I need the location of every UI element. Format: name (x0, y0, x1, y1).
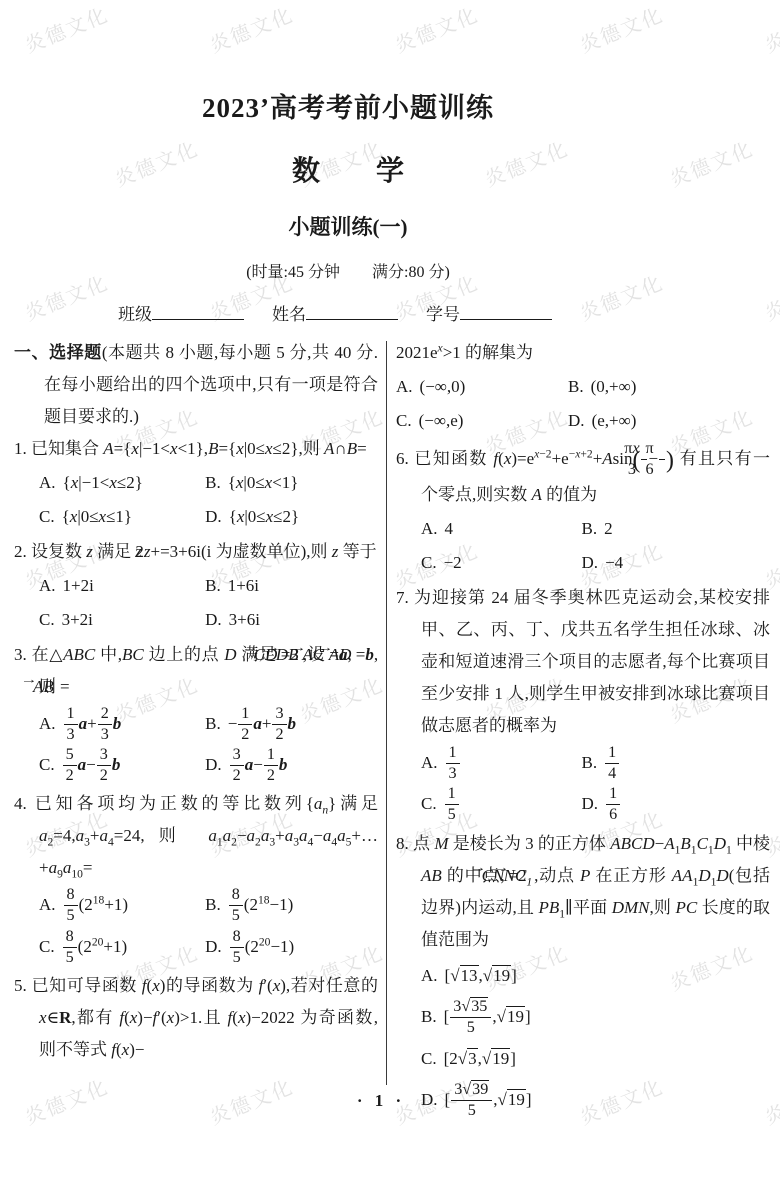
option-value: −12a+32b (228, 714, 296, 733)
option-label: B. (421, 1007, 437, 1026)
question-5-option-c: C.(−∞,e) (396, 404, 568, 438)
question-8-option-a: A.[√13,√19] (421, 957, 770, 995)
question-7-number: 7. (396, 588, 409, 607)
question-5-option-b: B.(0,+∞) (568, 370, 770, 404)
question-3-text: 在△ABC 中,BC 边上的点 D 满足CD=2DB,设AC=a,AD=b,则A… (32, 645, 378, 696)
option-label: A. (39, 714, 56, 733)
question-1-options: A.{x|−1<x≤2} B.{x|0≤x<1} C.{x|0≤x≤1} D.{… (14, 466, 378, 534)
option-label: C. (421, 1049, 437, 1068)
option-label: C. (39, 507, 55, 526)
question-3-options: A.13a+23b B.−12a+32b C.52a−32b D.32a−12b (14, 704, 378, 786)
option-value: (−∞,0) (420, 377, 466, 396)
question-8-option-c: C.[2√3,√19] (421, 1040, 770, 1078)
paper-subtitle: 小题训练(一) (0, 211, 696, 241)
question-7: 7. 为迎接第 24 届冬季奥林匹克运动会,某校安排甲、乙、丙、丁、戊共五名学生… (396, 582, 770, 825)
option-label: B. (582, 753, 598, 772)
student-fields: 班级 姓名 学号 (118, 300, 696, 325)
option-value: (−∞,e) (419, 411, 464, 430)
question-6-text: 已知函数 f(x)=ex−2+e−x+2+Asin(πx3−π6) 有且只有一个… (414, 449, 770, 504)
question-7-stem: 7. 为迎接第 24 届冬季奥林匹克运动会,某校安排甲、乙、丙、丁、戊共五名学生… (396, 582, 770, 742)
field-name-blank (306, 304, 398, 320)
question-6-option-c: C.−2 (421, 546, 582, 580)
question-4-options: A.85(218+1) B.85(218−1) C.85(220+1) D.85… (14, 885, 378, 967)
option-label: A. (421, 753, 438, 772)
question-7-option-c: C.15 (421, 784, 582, 825)
exam-title: 2023’高考考前小题训练 (0, 86, 696, 125)
option-value: −2 (444, 553, 462, 572)
question-4-option-c: C.85(220+1) (39, 927, 205, 968)
option-value: (e,+∞) (592, 411, 637, 430)
question-7-options: A.13 B.14 C.15 D.16 (396, 743, 770, 825)
option-label: D. (205, 610, 222, 629)
question-2-options: A.1+2i B.1+6i C.3+2i D.3+6i (14, 569, 378, 637)
question-2-option-c: C.3+2i (39, 603, 205, 637)
option-label: C. (39, 610, 55, 629)
question-6-option-d: D.−4 (582, 546, 770, 580)
question-4-option-b: B.85(218−1) (205, 885, 378, 926)
question-3-option-a: A.13a+23b (39, 704, 205, 745)
question-2-option-a: A.1+2i (39, 569, 205, 603)
option-value: 3+6i (229, 610, 260, 629)
option-label: D. (205, 507, 222, 526)
option-value: 85(218+1) (63, 895, 129, 914)
question-6-option-b: B.2 (582, 512, 770, 546)
question-1-option-a: A.{x|−1<x≤2} (39, 466, 205, 500)
option-label: B. (205, 576, 221, 595)
option-label: A. (39, 473, 56, 492)
question-8-text: 点 M 是棱长为 3 的正方体 ABCD−A1B1C1D1 中棱 AB 的中点,… (413, 834, 770, 949)
question-5: 5. 已知可导函数 f(x)的导函数为 f′(x),若对任意的 x∈R,都有 f… (14, 970, 378, 1066)
question-1-option-d: D.{x|0≤x≤2} (205, 500, 378, 534)
question-2-stem: 2. 设复数 z 满足 2z+z=3+6i(i 为虚数单位),则 z 等于 (14, 536, 378, 568)
right-column: 2021ex>1 的解集为 A.(−∞,0) B.(0,+∞) C.(−∞,e)… (396, 337, 770, 1125)
option-label: D. (568, 411, 585, 430)
question-5-option-a: A.(−∞,0) (396, 370, 568, 404)
option-label: B. (205, 714, 221, 733)
option-value: (0,+∞) (591, 377, 637, 396)
question-6-options: A.4 B.2 C.−2 D.−4 (396, 512, 770, 580)
page-footer: · 1 · (0, 1091, 762, 1111)
option-value: 1+6i (228, 576, 259, 595)
question-7-option-b: B.14 (582, 743, 770, 784)
option-value: [√13,√19] (445, 965, 517, 985)
option-label: C. (421, 794, 437, 813)
question-5-continued: 2021ex>1 的解集为 A.(−∞,0) B.(0,+∞) C.(−∞,e)… (396, 337, 770, 438)
field-number-blank (460, 304, 552, 320)
exam-page: 炎德文化炎德文化炎德文化炎德文化炎德文化炎德文化炎德文化炎德文化炎德文化炎德文化… (0, 0, 780, 1178)
option-value: 85(220−1) (229, 937, 295, 956)
option-label: C. (39, 755, 55, 774)
page-content: 2023’高考考前小题训练 数 学 小题训练(一) (时量:45 分钟 满分:8… (0, 0, 780, 1125)
question-5-number: 5. (14, 976, 27, 995)
option-label: D. (582, 794, 599, 813)
two-column-body: 一、选择题(本题共 8 小题,每小题 5 分,共 40 分.在每小题给出的四个选… (0, 337, 780, 1125)
option-label: A. (421, 966, 438, 985)
question-3-option-b: B.−12a+32b (205, 704, 378, 745)
question-6-stem: 6. 已知函数 f(x)=ex−2+e−x+2+Asin(πx3−π6) 有且只… (396, 440, 770, 511)
question-1: 1. 已知集合 A={x|−1<x<1},B={x|0≤x≤2},则 A∩B= … (14, 433, 378, 534)
question-4-option-d: D.85(220−1) (205, 927, 378, 968)
question-2: 2. 设复数 z 满足 2z+z=3+6i(i 为虚数单位),则 z 等于 A.… (14, 536, 378, 637)
left-column: 一、选择题(本题共 8 小题,每小题 5 分,共 40 分.在每小题给出的四个选… (14, 337, 378, 1125)
question-3-number: 3. (14, 645, 27, 664)
option-value: 52a−32b (62, 755, 121, 774)
option-value: 32a−12b (229, 755, 288, 774)
field-number-label: 学号 (426, 305, 460, 324)
option-label: A. (396, 377, 413, 396)
option-label: B. (582, 519, 598, 538)
option-label: B. (205, 895, 221, 914)
question-4-option-a: A.85(218+1) (39, 885, 205, 926)
option-label: C. (396, 411, 412, 430)
question-4-text: 已知各项均为正数的等比数列{an}满足a2=4,a3+a4=24,则 a1a2−… (35, 794, 378, 877)
page-number: · 1 · (357, 1091, 405, 1110)
option-value: {x|0≤x<1} (228, 473, 299, 492)
question-6-number: 6. (396, 449, 409, 468)
option-value: {x|0≤x≤1} (62, 507, 133, 526)
question-2-option-d: D.3+6i (205, 603, 378, 637)
question-2-number: 2. (14, 542, 27, 561)
question-2-text: 设复数 z 满足 2z+z=3+6i(i 为虚数单位),则 z 等于 (31, 542, 377, 561)
question-7-option-d: D.16 (582, 784, 770, 825)
option-value: {x|−1<x≤2} (63, 473, 143, 492)
question-8-stem: 8. 点 M 是棱长为 3 的正方体 ABCD−A1B1C1D1 中棱 AB 的… (396, 828, 770, 956)
field-name: 姓名 (272, 300, 398, 325)
option-value: {x|0≤x≤2} (229, 507, 300, 526)
question-3: 3. 在△ABC 中,BC 边上的点 D 满足CD=2DB,设AC=a,AD=b… (14, 639, 378, 786)
option-value: 13 (445, 753, 461, 772)
subject-title: 数 学 (0, 149, 696, 189)
field-number: 学号 (426, 300, 552, 325)
option-label: D. (205, 755, 222, 774)
section-header: 一、选择题(本题共 8 小题,每小题 5 分,共 40 分.在每小题给出的四个选… (14, 337, 378, 433)
column-divider (386, 341, 387, 1085)
option-value: [3√355,√19] (444, 1007, 531, 1026)
exam-header: 2023’高考考前小题训练 数 学 小题训练(一) (时量:45 分钟 满分:8… (0, 0, 696, 325)
section-label: 一、选择题 (14, 343, 102, 362)
option-label: B. (205, 473, 221, 492)
option-label: D. (205, 937, 222, 956)
question-1-number: 1. (14, 439, 27, 458)
question-5-options: A.(−∞,0) B.(0,+∞) C.(−∞,e) D.(e,+∞) (396, 370, 770, 438)
question-4: 4. 已知各项均为正数的等比数列{an}满足a2=4,a3+a4=24,则 a1… (14, 788, 378, 967)
question-3-stem: 3. 在△ABC 中,BC 边上的点 D 满足CD=2DB,设AC=a,AD=b… (14, 639, 378, 703)
question-6: 6. 已知函数 f(x)=ex−2+e−x+2+Asin(πx3−π6) 有且只… (396, 440, 770, 580)
option-label: A. (39, 576, 56, 595)
option-value: 14 (604, 753, 620, 772)
question-5-option-d: D.(e,+∞) (568, 404, 770, 438)
option-label: D. (582, 553, 599, 572)
field-class-blank (152, 304, 244, 320)
option-label: B. (568, 377, 584, 396)
option-value: 85(218−1) (228, 895, 294, 914)
question-5-stem-right: 2021ex>1 的解集为 (396, 337, 770, 369)
option-label: A. (421, 519, 438, 538)
question-1-text: 已知集合 A={x|−1<x<1},B={x|0≤x≤2},则 A∩B= (31, 439, 367, 458)
field-class: 班级 (118, 300, 244, 325)
option-label: C. (421, 553, 437, 572)
field-class-label: 班级 (118, 305, 152, 324)
option-value: 16 (605, 794, 621, 813)
exam-meta: (时量:45 分钟 满分:80 分) (0, 259, 696, 282)
option-value: 4 (445, 519, 454, 538)
question-2-option-b: B.1+6i (205, 569, 378, 603)
question-7-option-a: A.13 (421, 743, 582, 784)
field-name-label: 姓名 (272, 305, 306, 324)
option-value: 13a+23b (63, 714, 122, 733)
option-value: 1+2i (63, 576, 94, 595)
question-3-option-c: C.52a−32b (39, 745, 205, 786)
question-7-text: 为迎接第 24 届冬季奥林匹克运动会,某校安排甲、乙、丙、丁、戊共五名学生担任冰… (414, 588, 770, 735)
option-value: 15 (444, 794, 460, 813)
question-1-option-b: B.{x|0≤x<1} (205, 466, 378, 500)
question-1-option-c: C.{x|0≤x≤1} (39, 500, 205, 534)
question-8-number: 8. (396, 834, 409, 853)
option-label: C. (39, 937, 55, 956)
question-5-stem-left: 5. 已知可导函数 f(x)的导函数为 f′(x),若对任意的 x∈R,都有 f… (14, 970, 378, 1066)
option-value: −4 (605, 553, 623, 572)
question-4-number: 4. (14, 794, 27, 813)
option-value: 3+2i (62, 610, 93, 629)
option-value: 85(220+1) (62, 937, 128, 956)
question-8-option-b: B.[3√355,√19] (421, 995, 770, 1040)
question-1-stem: 1. 已知集合 A={x|−1<x<1},B={x|0≤x≤2},则 A∩B= (14, 433, 378, 465)
question-3-option-d: D.32a−12b (205, 745, 378, 786)
option-label: A. (39, 895, 56, 914)
question-6-option-a: A.4 (421, 512, 582, 546)
option-value: 2 (604, 519, 613, 538)
question-4-stem: 4. 已知各项均为正数的等比数列{an}满足a2=4,a3+a4=24,则 a1… (14, 788, 378, 884)
option-value: [2√3,√19] (444, 1048, 516, 1068)
question-5-text-left: 已知可导函数 f(x)的导函数为 f′(x),若对任意的 x∈R,都有 f(x)… (32, 976, 378, 1059)
question-8: 8. 点 M 是棱长为 3 的正方体 ABCD−A1B1C1D1 中棱 AB 的… (396, 828, 770, 1123)
